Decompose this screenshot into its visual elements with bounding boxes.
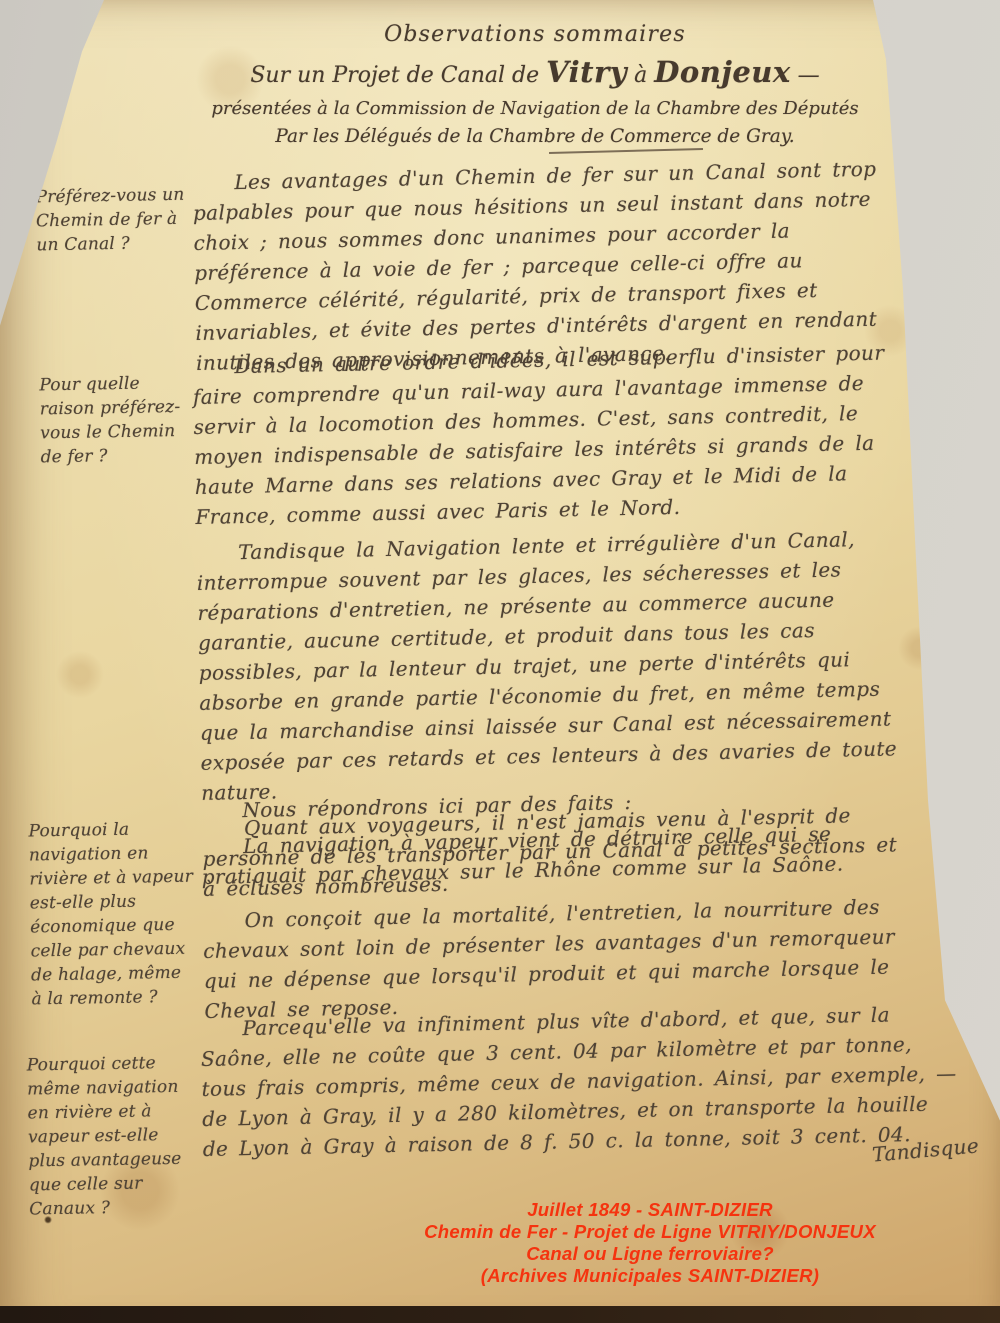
- title-line-2: Sur un Projet de Canal de Vitry à Donjeu…: [185, 55, 885, 89]
- caption-line-1: Juillet 1849 - SAINT-DIZIER: [300, 1199, 1000, 1221]
- photo-dark-bottom-edge: [0, 1306, 1000, 1323]
- title-line-2-part: à: [627, 63, 654, 88]
- title-city-donjeux: Donjeux: [654, 55, 790, 89]
- margin-note-1: Préférez-vous un Chemin de fer à un Cana…: [35, 183, 188, 258]
- margin-note-4: Pourquoi cette même navigation en rivièr…: [27, 1051, 198, 1222]
- caption-line-4: (Archives Municipales SAINT-DIZIER): [300, 1265, 1000, 1287]
- title-line-1: Observations sommaires: [185, 22, 885, 47]
- archive-caption: Juillet 1849 - SAINT-DIZIER Chemin de Fe…: [300, 1199, 1000, 1287]
- body-section-3: Nous répondrons ici par des faits : La n…: [200, 781, 921, 1026]
- title-city-vitry: Vitry: [546, 55, 627, 89]
- body-paragraph-2a: Dans un autre ordre d'idées, il est supe…: [192, 337, 910, 532]
- title-line-3: présentées à la Commission de Navigation…: [185, 98, 885, 119]
- title-line-2-part: —: [791, 63, 820, 88]
- body-section-4: Parcequ'elle va infiniment plus vîte d'a…: [200, 998, 959, 1164]
- title-underline-flourish: [549, 148, 703, 154]
- document-title-block: Observations sommaires Sur un Projet de …: [185, 22, 885, 152]
- caption-line-3: Canal ou Ligne ferroviaire?: [300, 1243, 1000, 1265]
- photo-of-manuscript: Observations sommaires Sur un Projet de …: [0, 0, 1000, 1323]
- margin-note-2: Pour quelle raison préférez-vous le Chem…: [39, 371, 201, 470]
- manuscript-paper-sheet: Observations sommaires Sur un Projet de …: [0, 0, 1000, 1323]
- margin-note-3: Pourquoi la navigation en rivière et à v…: [28, 817, 197, 1012]
- caption-line-2: Chemin de Fer - Projet de Ligne VITRIY/D…: [300, 1221, 1000, 1243]
- title-line-4: Par les Délégués de la Chambre de Commer…: [185, 126, 885, 147]
- body-paragraph-3b: La navigation à vapeur vient de détruire…: [201, 817, 918, 892]
- body-paragraph-2b: Tandisque la Navigation lente et irrégul…: [196, 523, 915, 808]
- title-line-2-part: Sur un Projet de Canal de: [250, 63, 546, 88]
- body-paragraph-4a: Parcequ'elle va infiniment plus vîte d'a…: [200, 998, 959, 1164]
